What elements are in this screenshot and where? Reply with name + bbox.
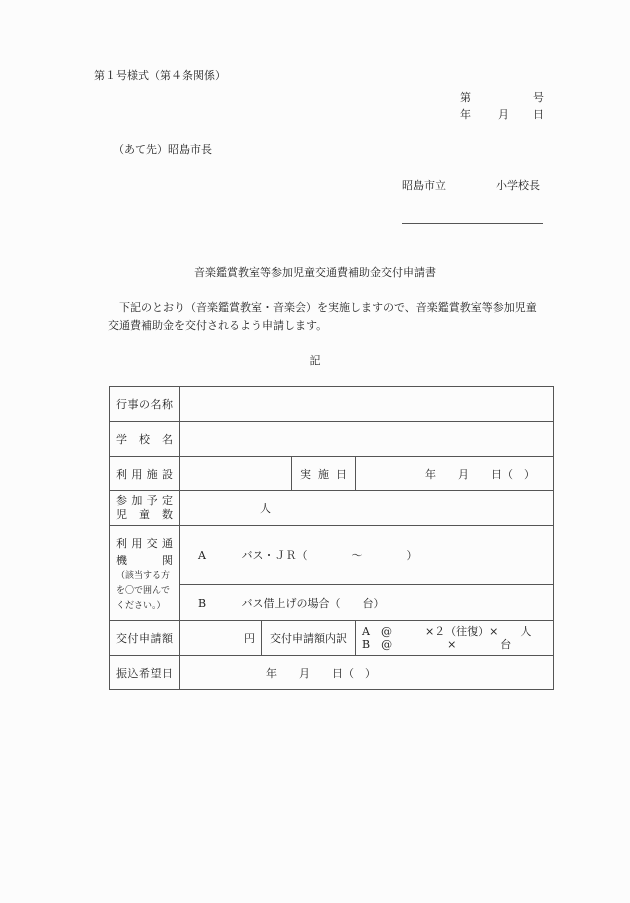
sender-title: 小学校長 [496, 177, 540, 193]
row-school-name: 学 校 名 [110, 422, 554, 457]
addressee: （あて先）昭島市長 [113, 141, 212, 157]
school-name-label: 学 校 名 [110, 422, 180, 457]
signature-line [402, 223, 543, 224]
row-transfer-date: 振込希望日 年 月 日（ ） [110, 656, 554, 690]
impl-date-label: 実施日 [292, 457, 356, 491]
participants-field[interactable]: 人 [180, 491, 554, 526]
document-title: 音楽鑑賞教室等参加児童交通費補助金交付申請書 [0, 264, 630, 280]
row-transport-a: 利用交通 機 関 （該当する方を〇で囲んでください。） A バス・ＪＲ（ ～ ） [110, 526, 554, 585]
ki-heading: 記 [0, 352, 630, 368]
date-month: 月 [498, 106, 509, 122]
transfer-date-field[interactable]: 年 月 日（ ） [180, 656, 554, 690]
transport-option-a[interactable]: A バス・ＪＲ（ ～ ） [180, 526, 554, 585]
body-line-2: 交通費補助金を交付されるよう申請します。 [108, 317, 327, 333]
facility-label: 利用施設 [110, 457, 180, 491]
event-name-field[interactable] [180, 387, 554, 422]
date-year: 年 [460, 106, 471, 122]
doc-number-prefix: 第 [460, 89, 471, 105]
breakdown-b: B @ × 台 [362, 638, 547, 651]
amount-label: 交付申請額 [110, 621, 180, 656]
form-number: 第１号様式（第４条関係） [94, 67, 226, 83]
participants-unit: 人 [260, 502, 271, 515]
event-name-label: 行事の名称 [110, 387, 180, 422]
impl-date-field[interactable]: 年 月 日（ ） [356, 457, 554, 491]
facility-field[interactable] [180, 457, 292, 491]
amount-unit: 円 [244, 632, 255, 645]
application-table: 行事の名称 学 校 名 利用施設 実施日 年 月 日（ ） 参加予定 児 童 数… [109, 386, 554, 690]
body-line-1: 下記のとおり（音楽鑑賞教室・音楽会）を実施しますので、音楽鑑賞教室等参加児童 [119, 299, 537, 315]
breakdown-field[interactable]: A @ ×２（往復）× 人 B @ × 台 [356, 621, 554, 656]
transfer-label: 振込希望日 [110, 656, 180, 690]
participants-label: 参加予定 児 童 数 [110, 491, 180, 526]
option-b-text: バス借上げの場合（ 台） [242, 597, 385, 610]
doc-number-suffix: 号 [533, 89, 544, 105]
transport-note: （該当する方を〇で囲んでください。） [116, 569, 173, 614]
transport-option-b[interactable]: B バス借上げの場合（ 台） [180, 585, 554, 621]
row-participants: 参加予定 児 童 数 人 [110, 491, 554, 526]
option-a-key: A [198, 549, 238, 562]
option-a-text: バス・ＪＲ（ ～ ） [242, 549, 418, 562]
row-event-name: 行事の名称 [110, 387, 554, 422]
row-facility: 利用施設 実施日 年 月 日（ ） [110, 457, 554, 491]
amount-field[interactable]: 円 [180, 621, 262, 656]
school-name-field[interactable] [180, 422, 554, 457]
transport-label: 利用交通 機 関 （該当する方を〇で囲んでください。） [110, 526, 180, 621]
row-amount: 交付申請額 円 交付申請額内訳 A @ ×２（往復）× 人 B @ × 台 [110, 621, 554, 656]
breakdown-a: A @ ×２（往復）× 人 [362, 625, 547, 638]
date-day: 日 [533, 106, 544, 122]
option-b-key: B [198, 597, 238, 610]
sender-city: 昭島市立 [402, 177, 446, 193]
breakdown-label: 交付申請額内訳 [262, 621, 356, 656]
